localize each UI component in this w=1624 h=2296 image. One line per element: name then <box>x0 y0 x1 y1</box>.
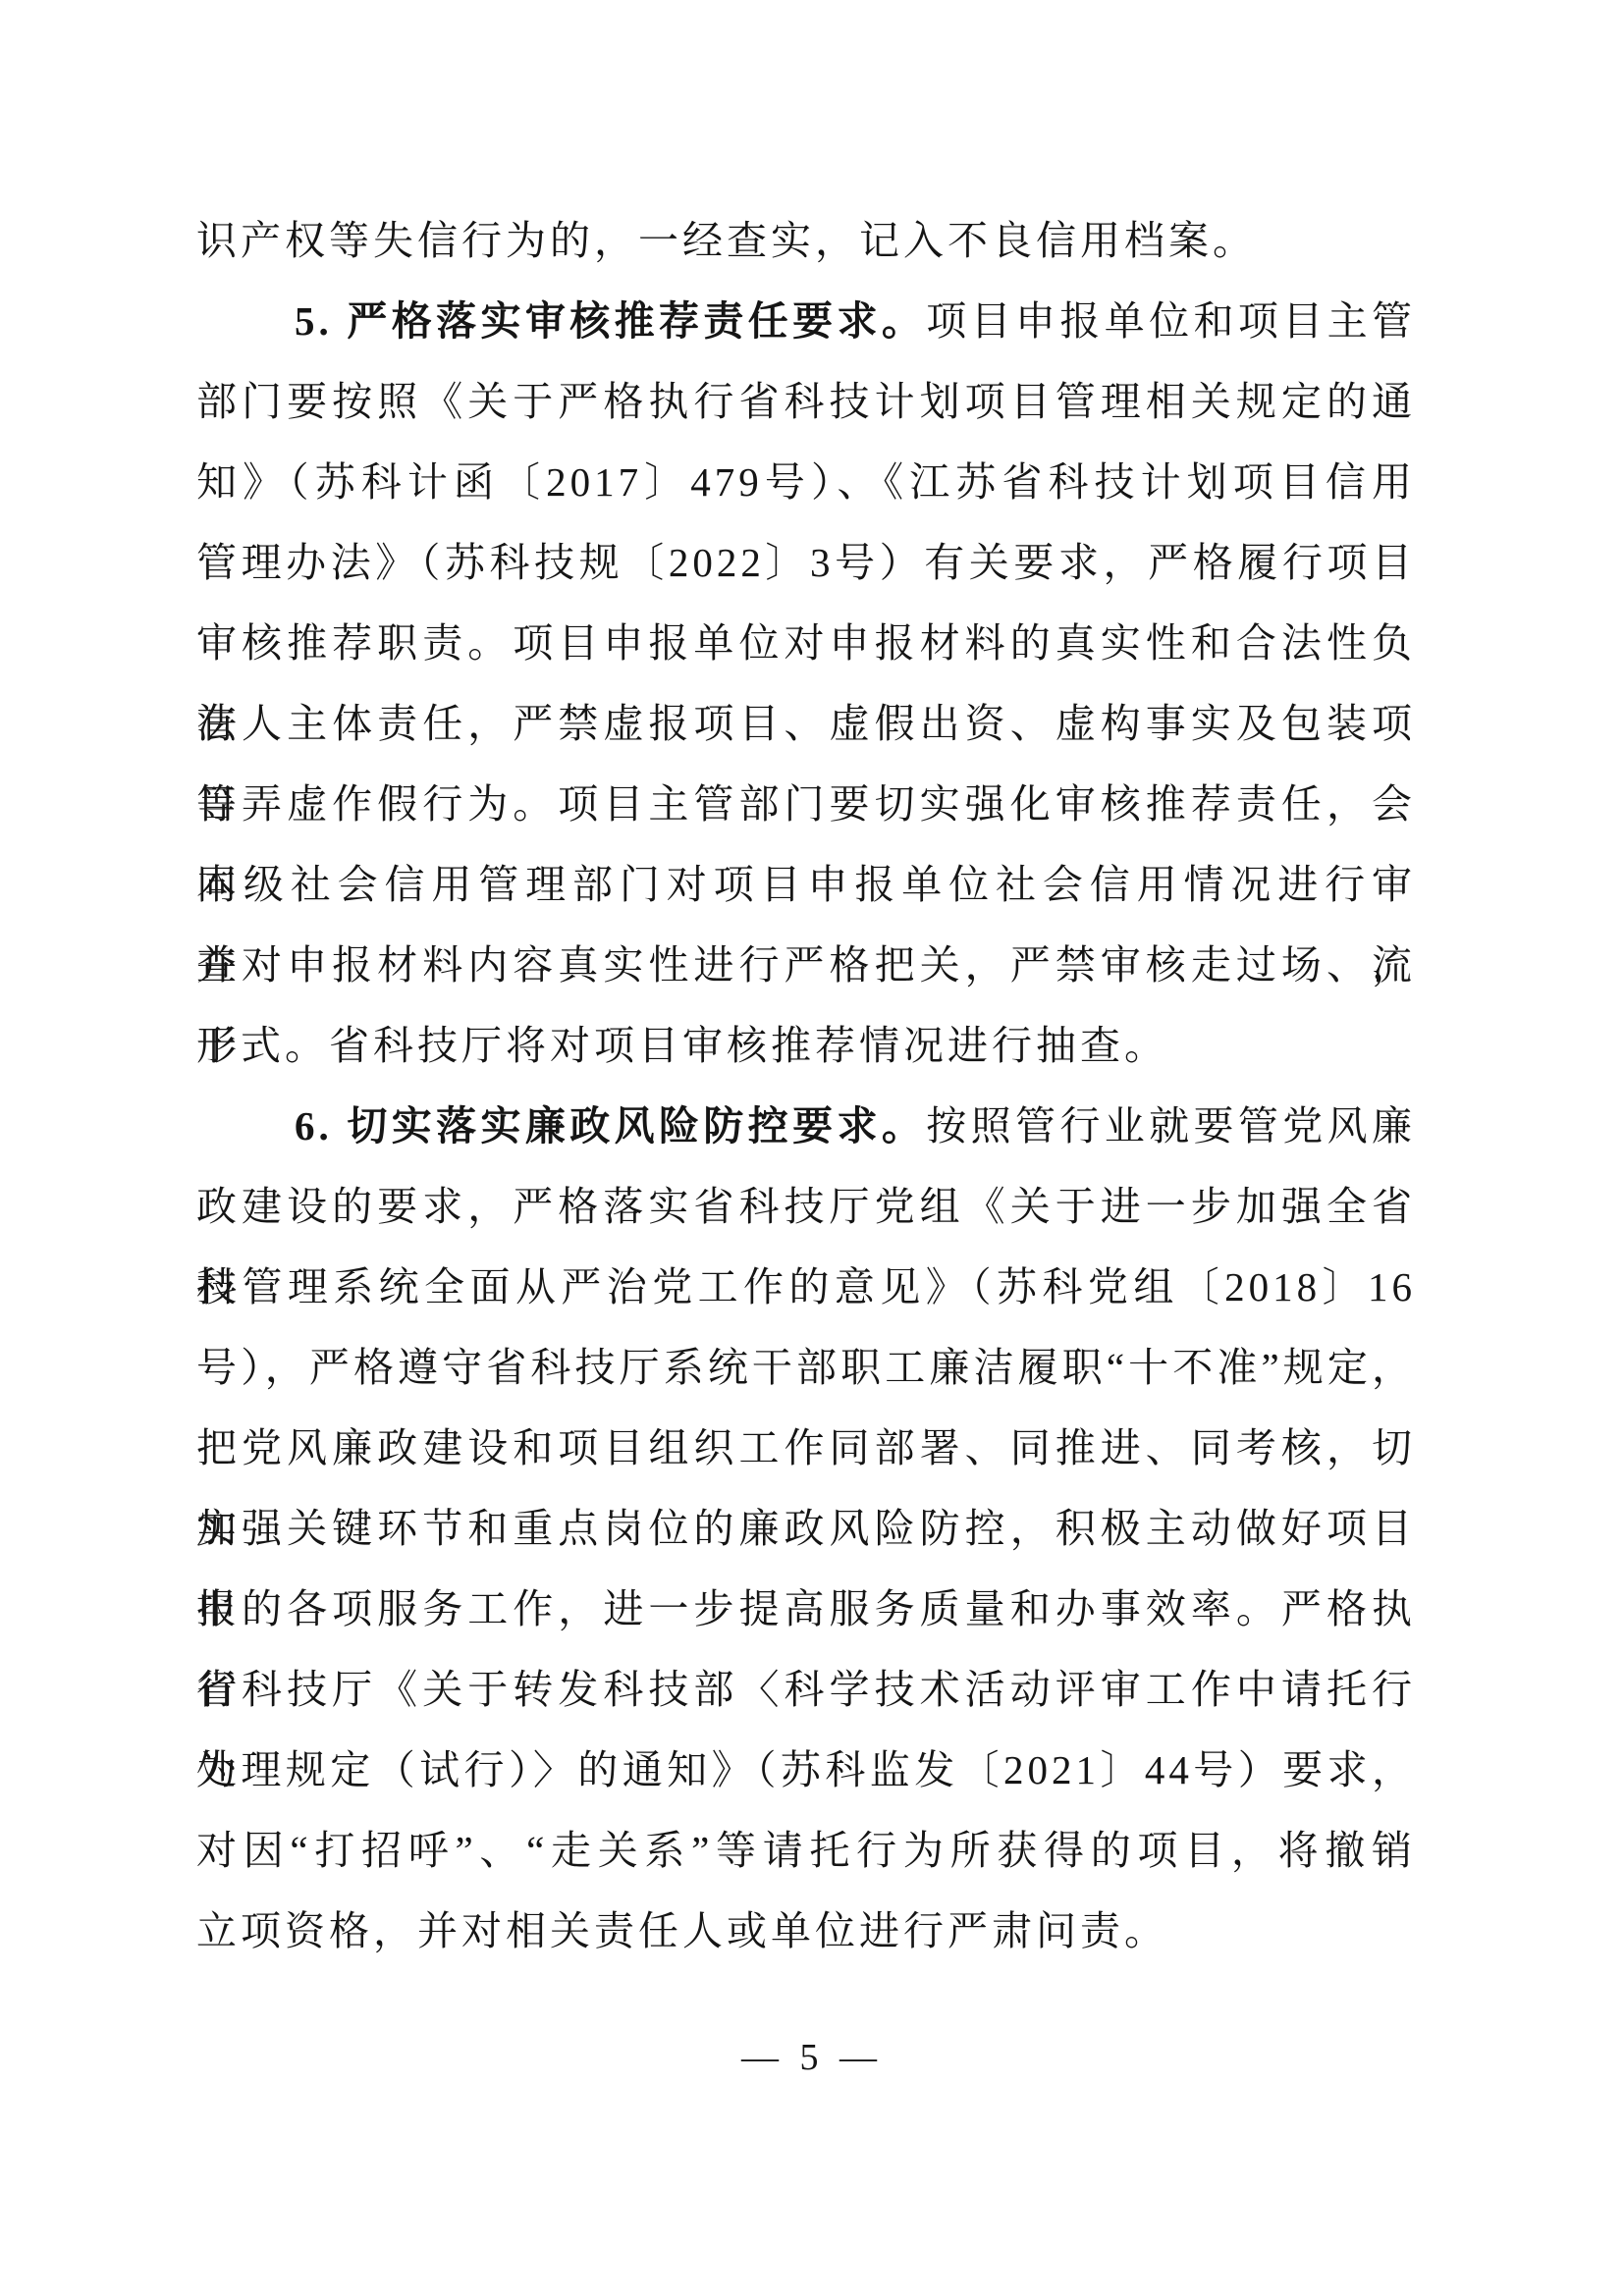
text-line: 部门要按照《关于严格执行省科技计划项目管理相关规定的通 <box>196 361 1416 442</box>
text-segment: 号），严格遵守省科技厅系统干部职工廉洁履职“十不准”规定， <box>196 1345 1416 1390</box>
text-line: 本级社会信用管理部门对项目申报单位社会信用情况进行审查， <box>196 844 1416 925</box>
text-segment: 对因“打招呼”、“走关系”等请托行为所获得的项目，将撤销 <box>196 1828 1416 1873</box>
text-segment: 立项资格，并对相关责任人或单位进行严肃问责。 <box>196 1908 1168 1953</box>
text-segment: 处理规定（试行）〉的通知》（苏科监发〔2021〕44号）要求， <box>196 1747 1416 1792</box>
text-line: 加强关键环节和重点岗位的廉政风险防控，积极主动做好项目申 <box>196 1488 1416 1569</box>
text-segment: 技管理系统全面从严治党工作的意见》（苏科党组〔2018〕16 <box>196 1264 1416 1309</box>
text-line: 政建设的要求，严格落实省科技厅党组《关于进一步加强全省科 <box>196 1166 1416 1247</box>
text-line: 管理办法》（苏科技规〔2022〕3号）有关要求，严格履行项目 <box>196 522 1416 603</box>
text-line: 对因“打招呼”、“走关系”等请托行为所获得的项目，将撤销 <box>196 1810 1416 1891</box>
bold-heading-segment: 6. 切实落实廉政风险防控要求。 <box>295 1103 926 1148</box>
text-line: 知》（苏科计函〔2017〕479号）、《江苏省科技计划项目信用 <box>196 442 1416 522</box>
text-segment: 项目申报单位和项目主管 <box>926 298 1416 344</box>
body-text: 识产权等失信行为的，一经查实，记入不良信用档案。5. 严格落实审核推荐责任要求。… <box>196 200 1416 1971</box>
text-line: 技管理系统全面从严治党工作的意见》（苏科党组〔2018〕16 <box>196 1247 1416 1327</box>
text-line: 5. 严格落实审核推荐责任要求。项目申报单位和项目主管 <box>196 281 1416 361</box>
text-line: 立项资格，并对相关责任人或单位进行严肃问责。 <box>196 1891 1416 1971</box>
text-line: 号），严格遵守省科技厅系统干部职工廉洁履职“十不准”规定， <box>196 1327 1416 1408</box>
text-line: 把党风廉政建设和项目组织工作同部署、同推进、同考核，切实 <box>196 1408 1416 1488</box>
page-number: — 5 — <box>0 2034 1624 2081</box>
text-line: 识产权等失信行为的，一经查实，记入不良信用档案。 <box>196 200 1416 281</box>
text-line: 形式。省科技厅将对项目审核推荐情况进行抽查。 <box>196 1005 1416 1086</box>
text-segment: 管理办法》（苏科技规〔2022〕3号）有关要求，严格履行项目 <box>196 540 1416 585</box>
text-line: 法人主体责任，严禁虚报项目、虚假出资、虚构事实及包装项目 <box>196 683 1416 764</box>
text-segment: 识产权等失信行为的，一经查实，记入不良信用档案。 <box>196 218 1257 263</box>
text-line: 省科技厅《关于转发科技部〈科学技术活动评审工作中请托行为 <box>196 1649 1416 1730</box>
text-line: 报的各项服务工作，进一步提高服务质量和办事效率。严格执行 <box>196 1569 1416 1649</box>
bold-heading-segment: 5. 严格落实审核推荐责任要求。 <box>295 298 926 344</box>
text-line: 6. 切实落实廉政风险防控要求。按照管行业就要管党风廉 <box>196 1086 1416 1166</box>
text-segment: 按照管行业就要管党风廉 <box>926 1103 1416 1148</box>
document-page: 识产权等失信行为的，一经查实，记入不良信用档案。5. 严格落实审核推荐责任要求。… <box>0 0 1624 2296</box>
text-line: 并对申报材料内容真实性进行严格把关，严禁审核走过场、流于 <box>196 925 1416 1005</box>
text-segment: 部门要按照《关于严格执行省科技计划项目管理相关规定的通 <box>196 379 1416 424</box>
text-line: 审核推荐职责。项目申报单位对申报材料的真实性和合法性负有 <box>196 603 1416 683</box>
text-segment: 形式。省科技厅将对项目审核推荐情况进行抽查。 <box>196 1023 1168 1068</box>
text-segment: 知》（苏科计函〔2017〕479号）、《江苏省科技计划项目信用 <box>196 459 1416 505</box>
text-line: 处理规定（试行）〉的通知》（苏科监发〔2021〕44号）要求， <box>196 1730 1416 1810</box>
text-line: 等弄虚作假行为。项目主管部门要切实强化审核推荐责任，会同 <box>196 764 1416 844</box>
